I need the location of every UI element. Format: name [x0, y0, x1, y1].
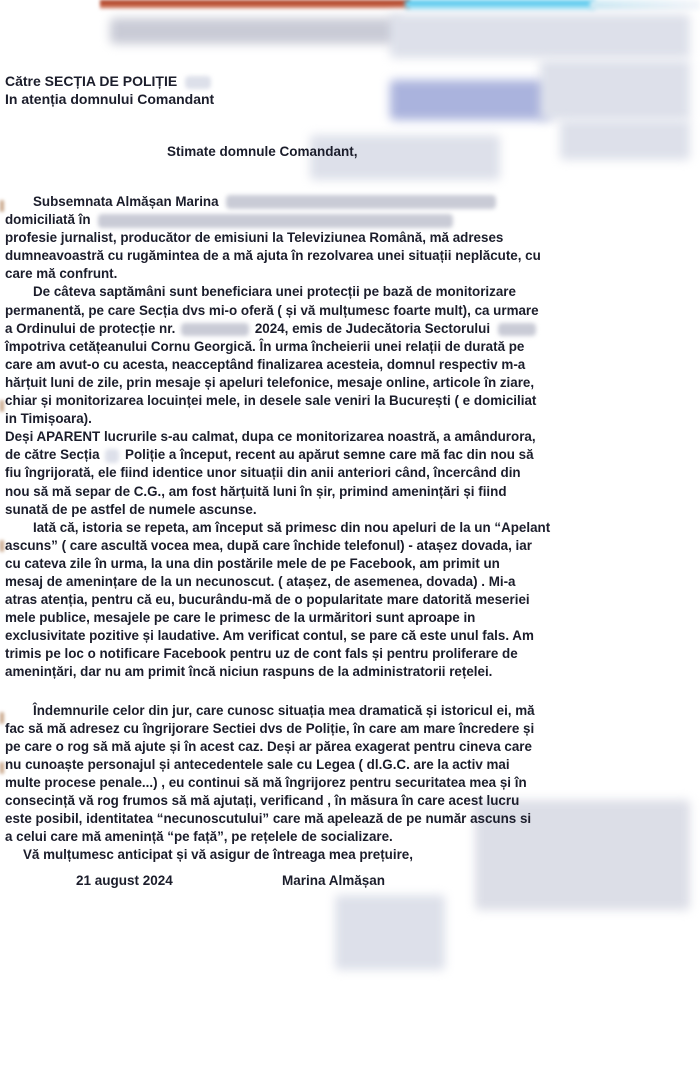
- paragraph-gap: [5, 682, 505, 702]
- paragraph-threats: Iată că, istoria se repeta, am început s…: [5, 519, 505, 682]
- top-edge-fade: [590, 0, 700, 10]
- letter-date: 21 august 2024: [76, 873, 173, 888]
- scan-mark: [0, 200, 4, 212]
- redacted-top-right-mark: [560, 120, 690, 160]
- signature-name: Marina Almășan: [282, 873, 385, 888]
- paragraph-request: Îndemnurile celor din jur, care cunosc s…: [5, 702, 505, 847]
- redacted-header-right: [390, 14, 690, 58]
- recipient-line-1: Către SECȚIA DE POLIȚIE: [5, 72, 214, 90]
- redacted-signature: [335, 895, 445, 970]
- redacted-address: [98, 214, 453, 228]
- redacted-stamp-right: [540, 60, 690, 120]
- scan-mark: [0, 712, 4, 724]
- paragraph-closing: Vă mulțumesc anticipat și vă asigur de î…: [5, 846, 505, 864]
- salutation: Stimate domnule Comandant,: [167, 144, 358, 159]
- top-edge-blue-band: [405, 0, 595, 12]
- redacted-stamp-top: [390, 80, 550, 120]
- redacted-personal-data: [226, 195, 496, 209]
- paragraph-intro: Subsemnata Almășan Marina domiciliată în…: [5, 193, 505, 283]
- redacted-section-name: [185, 76, 211, 89]
- scan-mark: [0, 540, 4, 552]
- recipient-line-2: In atenția domnului Comandant: [5, 90, 214, 108]
- redacted-header-left: [110, 18, 400, 44]
- scan-mark: [0, 400, 4, 412]
- redacted-sector: [498, 323, 536, 336]
- paragraph-recent: Deși APARENT lucrurile s-au calmat, dupa…: [5, 428, 505, 518]
- scan-mark: [0, 762, 4, 774]
- recipient-block: Către SECȚIA DE POLIȚIE In atenția domnu…: [5, 72, 214, 108]
- letter-body: Subsemnata Almășan Marina domiciliată în…: [5, 193, 505, 864]
- redacted-section-number: [105, 449, 119, 463]
- paragraph-protection: De câteva saptămâni sunt beneficiara une…: [5, 283, 505, 428]
- top-edge-red-band: [100, 0, 410, 10]
- redacted-order-number: [181, 323, 249, 336]
